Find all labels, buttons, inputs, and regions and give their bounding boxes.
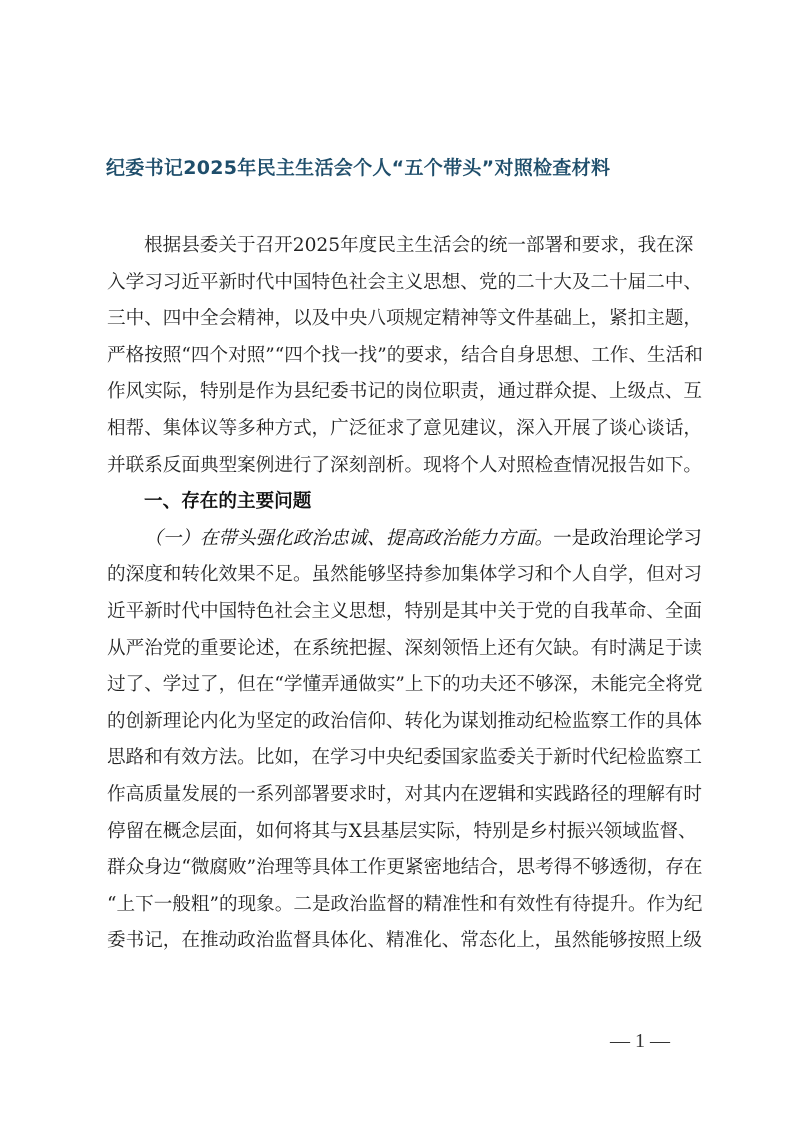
subsection-line: 作高质量发展的一系列部署要求时，对其内在逻辑和实践路径的理解有时: [107, 777, 687, 814]
subsection-lead: （一）在带头强化政治忠诚、提高政治能力方面。: [144, 528, 553, 549]
document-page: 纪委书记2025年民主生活会个人“五个带头”对照检查材料 根据县委关于召开202…: [0, 0, 793, 1122]
subsection-line: “上下一般粗”的现象。二是政治监督的精准性和有效性有待提升。作为纪: [107, 887, 687, 924]
subsection-line: 过了、学过了，但在“学懂弄通做实”上下的功夫还不够深，未能完全将党: [107, 667, 687, 704]
page-number: — 1 —: [600, 1030, 680, 1053]
intro-line: 三中、四中全会精神，以及中央八项规定精神等文件基础上，紧扣主题，: [107, 301, 687, 338]
subsection-line: 思路和有效方法。比如，在学习中央纪委国家监委关于新时代纪检监察工: [107, 740, 687, 777]
intro-line: 相帮、集体议等多种方式，广泛征求了意见建议，深入开展了谈心谈话，: [107, 411, 687, 448]
subsection-line: 从严治党的重要论述，在系统把握、深刻领悟上还有欠缺。有时满足于读: [107, 631, 687, 668]
subsection-line: 委书记，在推动政治监督具体化、精准化、常态化上，虽然能够按照上级: [107, 923, 687, 960]
subsection-line: 近平新时代中国特色社会主义思想，特别是其中关于党的自我革命、全面: [107, 594, 687, 631]
intro-line: 根据县委关于召开2025年度民主生活会的统一部署和要求，我在深: [107, 228, 687, 265]
intro-line: 严格按照“四个对照”“四个找一找”的要求，结合自身思想、工作、生活和: [107, 338, 687, 375]
intro-line: 作风实际，特别是作为县纪委书记的岗位职责，通过群众提、上级点、互: [107, 374, 687, 411]
section-heading: 一、存在的主要问题: [107, 484, 687, 521]
subsection-first-line-rest: 一是政治理论学习: [553, 528, 702, 549]
subsection-line: 的创新理论内化为坚定的政治信仰、转化为谋划推动纪检监察工作的具体: [107, 704, 687, 741]
subsection-line: 群众身边“微腐败”治理等具体工作更紧密地结合，思考得不够透彻，存在: [107, 850, 687, 887]
intro-line: 入学习习近平新时代中国特色社会主义思想、党的二十大及二十届二中、: [107, 265, 687, 302]
document-title: 纪委书记2025年民主生活会个人“五个带头”对照检查材料: [106, 153, 706, 180]
subsection-line: 的深度和转化效果不足。虽然能够坚持参加集体学习和个人自学，但对习: [107, 557, 687, 594]
subsection-line: 停留在概念层面，如何将其与X县基层实际，特别是乡村振兴领域监督、: [107, 814, 687, 851]
subsection-first-line: （一）在带头强化政治忠诚、提高政治能力方面。一是政治理论学习: [107, 521, 687, 558]
intro-line: 并联系反面典型案例进行了深刻剖析。现将个人对照检查情况报告如下。: [107, 448, 687, 485]
document-body: 根据县委关于召开2025年度民主生活会的统一部署和要求，我在深 入学习习近平新时…: [107, 228, 687, 960]
